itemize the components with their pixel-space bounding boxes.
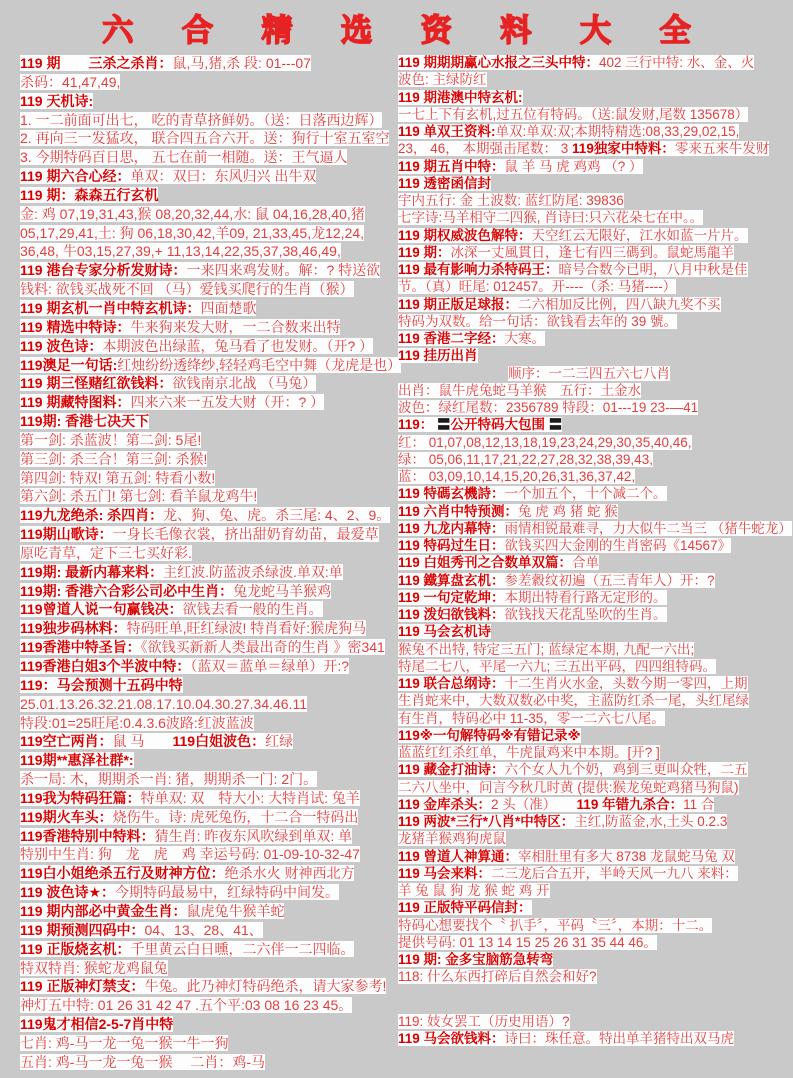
text-line: 119 港台专家分析发财诗：一来四来鸡发财。解：? 特送欲 (20, 261, 396, 280)
text-line: 特别中生肖: 狗 龙 虎 鸡 幸运号码: 01-09-10-32-47 (20, 845, 396, 864)
line-heading: 119： (398, 417, 437, 432)
line-heading: 119 九龙内幕特： (398, 521, 505, 536)
line-text: 红： 01,07,08,12,13,18,19,23,24,29,30,35,4… (398, 435, 692, 450)
text-line: 原吃青草，定下三七买好彩. (20, 544, 396, 563)
text-line: 119 天机诗: (20, 92, 396, 111)
text-line: 119期火车头：烧伤牛。诗: 虎死兔伤，十二合一特码出 (20, 808, 396, 827)
line-heading: 119澳足一句话: (20, 357, 117, 373)
line-heading: 119 挂历出肖 (398, 348, 478, 363)
line-heading: 119 期： (398, 245, 451, 260)
text-line: 119 期港澳中特玄机: (398, 89, 789, 106)
line-text: 欲钱买四大金刚的生肖密码《14567》 (505, 538, 732, 553)
text-line: 绿： 05,06,11,17,21,22,27,28,32,38,39,43, (398, 451, 789, 468)
line-heading: 119 精选中特诗： (20, 319, 130, 335)
line-heading: 119 期港澳中特玄机: (398, 90, 523, 105)
line-text: 牛兔。此乃神灯特码绝杀，请大家参考! (144, 978, 386, 994)
line-text: 出肖：鼠牛虎兔蛇马羊猴 五行：土金水 (398, 383, 641, 398)
line-heading: 119 期内部必中黄金生肖： (20, 903, 186, 919)
line-text: 本期出特看行路无定形的。 (505, 590, 667, 605)
line-heading: 119 天机诗: (20, 93, 93, 109)
text-line: 特尾二七八，平尾一六九; 三五出平码，四四组特码。 (398, 658, 789, 675)
text-line: 119 期六合心经：单双：双曰：东风归兴 出牛双 (20, 167, 396, 186)
text-line: 波色：绿红尾数：2356789 特段：01---19 23-—41 (398, 399, 789, 416)
line-text: 欲钱去看一般的生肖。 (183, 601, 323, 617)
text-line: 七肖: 鸡-马一龙一兔一猴一牛一狗 (20, 1034, 396, 1053)
line-text: （蓝双＝蓝单＝绿单）开:? (190, 658, 349, 674)
line-text: 2 头（准） (491, 797, 577, 812)
line-heading: 119曾道人说一句赢钱决： (20, 601, 183, 617)
line-text: 119: 妓女罢工（历史用语）? (398, 1014, 570, 1029)
line-text: 波色：绿红尾数：2356789 特段：01---19 23-—41 (398, 400, 698, 415)
line-text: 蓝蓝红红杀红单，牛虎鼠鸡来中本期。[开? ] (398, 745, 660, 760)
line-text: 第三剑: 杀三合！第三剑: 杀猴! (20, 451, 207, 467)
text-line: 神灯五中特: 01 26 31 42 47 .五个平:03 08 16 23 4… (20, 996, 396, 1015)
line-text: 第六剑: 杀五门! 第七剑: 看羊鼠龙鸡牛! (20, 488, 257, 504)
text-line: 七字诗:马羊相守二四猴, 肖诗曰:只六花朵七在中。。 (398, 209, 789, 226)
text-line: 119澳足一句话:红烛纷纷透绛纱,轻轻鸡毛空中舞（龙虎是也） (20, 356, 396, 375)
line-heading: 119期山歌诗： (20, 526, 113, 542)
line-heading: 119 期六合心经： (20, 168, 130, 184)
line-text: 今期特码最易中，红绿特码中间发。 (115, 884, 339, 900)
line-text: 鼠 马 (113, 733, 173, 749)
line-text: 兔 虎 鸡 猪 蛇 猴 (518, 504, 618, 519)
line-text: 有生肖，特码必中 11-35，零一二六七八尾。 (398, 711, 665, 726)
line-heading: 119香港中特圣旨： (20, 639, 141, 655)
text-line: 119 正版神灯禁支：牛兔。此乃神灯特码绝杀，请大家参考! (20, 977, 396, 996)
text-line: 119 期三怪赌红欲钱料：欲钱南京北战 （马兔） (20, 374, 396, 393)
line-text: 诗曰：珠任意。特出单羊猪特出双马虎 (505, 1031, 735, 1046)
page-title: 六 合 精 选 资 料 大 全 (82, 5, 710, 50)
text-line: 五肖: 鸡-马一龙一兔一猴 二肖：鸡-马 (20, 1053, 396, 1072)
line-text: 钱料: 欲钱买战死不回 （马）爱钱买爬行的生肖（猴） (20, 281, 354, 297)
line-text: 主红,防蓝金,水,土头 0.2.3 (574, 814, 727, 829)
line-text: 波色: 主绿防红 (398, 72, 487, 87)
line-text: 特双特肖: 猴蛇龙鸡鼠兔 (20, 960, 168, 976)
text-line: 特码心想要找个〝 扒手〞，平码〝三〞，本期：十二。 (398, 917, 789, 934)
text-line: 119 两波*三行*八肖*中特区：主红,防蓝金,水,土头 0.2.3 (398, 813, 789, 830)
text-line: 119 特码过生日：欲钱买四大金刚的生肖密码《14567》 (398, 537, 789, 554)
text-line: 119 马会来料：二三龙后合五开，半岭天风一九八 来料： (398, 865, 789, 882)
right-column: 119 期期期赢心水报之三头中特：402 三行中特: 水、金、火波色: 主绿防红… (396, 54, 789, 1072)
line-text: 暗号合数今已明，八月中秋是佳 (559, 262, 748, 277)
line-text: 七字诗:马羊相守二四猴, 肖诗曰:只六花朵七在中。。 (398, 210, 703, 225)
text-line: 119曾道人说一句赢钱决：欲钱去看一般的生肖。 (20, 600, 396, 619)
line-text: 宇内五行: 金 土波数: 蓝红防尾: 39836 (398, 193, 624, 208)
line-heading: 119 白姐秀刊之合数单双篇： (398, 555, 572, 570)
text-line: 119香港特别中特料：猜生肖: 昨夜东风吹绿到单双: 单 (20, 827, 396, 846)
line-heading: 119 期玄机一肖中特玄机诗： (20, 300, 200, 316)
line-heading: 119空亡两肖： (20, 733, 113, 749)
text-line: 特段:01=25旺尾:0.4.3.6波路:红波蓝波 (20, 714, 396, 733)
line-text: 神灯五中特: 01 26 31 42 47 .五个平:03 08 16 23 4… (20, 997, 352, 1013)
text-line: 119九龙绝杀: 杀四肖：龙、狗、兔、虎。杀三尾: 4、2、9。 (20, 506, 396, 525)
text-line: 119 最有影响力杀特码王：暗号合数今已明，八月中秋是佳 (398, 261, 789, 278)
text-line: 119 泼妇欲钱料：欲钱找天花乱坠吹的生肖。 (398, 606, 789, 623)
line-text: 顺序：一二三四五六七八肖 (508, 366, 670, 381)
line-text: 杀一局: 木，期期杀一肖: 猪，期期杀一门: 2门。 (20, 771, 317, 787)
line-text: 一七上下有玄机,过五位有特码。（送:鼠发财,尾数 135678） (398, 107, 748, 122)
text-line: 119 白姐秀刊之合数单双篇：合单 (398, 554, 789, 571)
line-text: 千里黄云白日曛，二六伴一二四临。 (130, 941, 354, 957)
text-line: 红： 01,07,08,12,13,18,19,23,24,29,30,35,4… (398, 434, 789, 451)
line-heading: 119※一句解特码※有错记录※ (398, 728, 581, 743)
line-text: 402 三行中特: 水、金、火 (599, 55, 754, 70)
text-line: 119 金库杀头：2 头（准） 119 年错九杀合：11 合 (398, 796, 789, 813)
text-line: 3. 今期特码百日思， 五七在前一相随。送：王气逼人 (20, 148, 396, 167)
line-heading: 119 六肖中特预测： (398, 504, 518, 519)
line-text: 36,48, 牛03,15,27,39,+ 11,13,14,22,35,37,… (20, 243, 341, 259)
line-text: 一身长毛像衣裳，挤出甜奶育幼苗，最爱草 (113, 526, 379, 542)
line-text: 欲钱南京北战 （马兔） (172, 375, 316, 391)
text-line: 119独步码林料：特码旺单,旺红绿波! 特肖看好:猴虎狗马 (20, 619, 396, 638)
line-text: 一来四来鸡发财。解：? 特送欲 (186, 262, 380, 278)
line-heading: 119 马会欲钱料： (398, 1031, 505, 1046)
text-line: 119 精选中特诗：牛来狗来发大财，一二合数来出特 (20, 318, 396, 337)
line-text: 原吃青草，定下三七买好彩. (20, 545, 192, 561)
text-line: 蓝： 03,09,10,14,15,20,26,31,36,37,42, (398, 468, 789, 485)
line-heading: 119 期五肖中特： (398, 159, 505, 174)
line-text: 红绿 (265, 733, 293, 749)
text-line: 23， 46， 本期强击尾数： 3 119独家中特料：零来五来牛发财 (398, 140, 789, 157)
text-line: 119 挂历出肖 (398, 347, 789, 364)
line-text: 杀码：41,47,49, (20, 74, 120, 90)
line-text: 特码心想要找个〝 扒手〞，平码〝三〞，本期：十二。 (398, 918, 712, 933)
text-line: 119 鐵算盘玄机：参差縠纹初遍（五三青年人）开：? (398, 572, 789, 589)
line-text: 特码旺单,旺红绿波! 特肖看好:猴虎狗马 (127, 620, 367, 636)
line-text: 二六相加反比例，四八缺九奖不买 (518, 297, 721, 312)
left-column: 119 期 三杀之杀肖：鼠,马,猪,杀 段: 01---07杀码：41,47,4… (20, 54, 396, 1072)
line-heading: 119 期权威波色解特： (398, 228, 532, 243)
text-line: 119 联合总纲诗：十二生肖火水金，头数今期一零四，上期 (398, 675, 789, 692)
line-text: 牛来狗来发大财，一二合数来出特 (130, 319, 340, 335)
text-line: 2. 再向三一发猛攻， 联合四五合六开。送：狗行十室五室空 (20, 129, 396, 148)
text-line: 36,48, 牛03,15,27,39,+ 11,13,14,22,35,37,… (20, 242, 396, 261)
text-line: 119 马会欲钱料：诗曰：珠任意。特出单羊猪特出双马虎 (398, 1030, 789, 1047)
text-line: 119 六肖中特预测：兔 虎 鸡 猪 蛇 猴 (398, 503, 789, 520)
text-line: 出肖：鼠牛虎兔蛇马羊猴 五行：土金水 (398, 382, 789, 399)
line-text: 四来六来一五发大财（开：? ） (130, 394, 324, 410)
text-line: 特双特肖: 猴蛇龙鸡鼠兔 (20, 959, 396, 978)
text-line: 119 特碼玄機詩：一个加五个，十个减二个。 (398, 485, 789, 502)
text-line: 119 波色诗★：今期特码最易中，红绿特码中间发。 (20, 883, 396, 902)
text-line: 119: 妓女罢工（历史用语）? (398, 1013, 789, 1030)
text-line: 杀一局: 木，期期杀一肖: 猪，期期杀一门: 2门。 (20, 770, 396, 789)
line-heading: 119期**惠泽社群*: (20, 752, 134, 768)
text-line: 119香港白姐3个半波中特：（蓝双＝蓝单＝绿单）开:? (20, 657, 396, 676)
text-line: 二六八坐中，问言今秋几时黄 (提供:猴龙兔蛇鸡猪马狗鼠) (398, 779, 789, 796)
line-text: 单双:单双:双;本期特精选:08,33,29,02,15, (496, 124, 740, 139)
line-heading: 119 正版特平码信封： (398, 900, 532, 915)
line-text: 11 合 (683, 797, 714, 812)
text-line: 119 正版烧玄机：千里黄云白日曛，二六伴一二四临。 (20, 940, 396, 959)
line-heading: 119 透密函信封 (398, 176, 491, 191)
text-line: 119 马会玄机诗 (398, 623, 789, 640)
line-heading: 119我为特码狂篇： (20, 790, 141, 806)
line-text: 本期波色出绿蓝，兔马看了也发财。（开? ） (102, 338, 373, 354)
line-heading: 119 期：森森五行玄机 (20, 187, 158, 203)
text-line: 第三剑: 杀三合！第三剑: 杀猴! (20, 450, 396, 469)
text-line: 119 期内部必中黄金生肖：鼠虎兔牛猴羊蛇 (20, 902, 396, 921)
text-line: 生肖蛇来中，大数双数必中奖，主蓝防红杀一尾，头红尾绿 (398, 692, 789, 709)
text-line: 119 期预测四码中：04、13、28、41、 (20, 921, 396, 940)
line-heading: 119 期藏特图料： (20, 394, 130, 410)
line-heading: 119香港特别中特料： (20, 828, 155, 844)
line-text: 宰相肚里有多大 8738 龙鼠蛇马兔 双 (518, 849, 735, 864)
text-line: 有生肖，特码必中 11-35，零一二六七八尾。 (398, 710, 789, 727)
line-text: 二六八坐中，问言今秋几时黄 (提供:猴龙兔蛇鸡猪马狗鼠) (398, 780, 739, 795)
line-text: 龙猪羊猴鸡狗虎鼠 (398, 831, 506, 846)
line-heading: 119 正版神灯禁支： (20, 978, 144, 994)
line-heading: 119 期正版足球报： (398, 297, 518, 312)
line-heading: 119期: 最新内幕来料： (20, 564, 163, 580)
line-heading: 119 单双王资料: (398, 124, 496, 139)
line-text: 六个女人九个奶，鸡到三更叫众牲，二五 (505, 762, 748, 777)
text-line: 119 曾道人神算通：宰相肚里有多大 8738 龙鼠蛇马兔 双 (398, 848, 789, 865)
line-text: 25.01.13.26.32.21.08.17.10.04.30.27.34.4… (20, 696, 307, 712)
line-text: 零来五来牛发财 (675, 141, 770, 156)
text-line: 一七上下有玄机,过五位有特码。（送:鼠发财,尾数 135678） (398, 106, 789, 123)
line-heading: 119 期三怪赌红欲钱料： (20, 375, 172, 391)
line-text: 红烛纷纷透绛纱,轻轻鸡毛空中舞（龙虎是也） (117, 357, 401, 373)
text-line: 118: 什么东西打碎后自然会和好? (398, 968, 789, 985)
line-text: 兔龙蛇马羊猴鸡 (233, 583, 331, 599)
line-text: 特尾二七八，平尾一六九; 三五出平码，四四组特码。 (398, 659, 716, 674)
text-line: 节。（真）旺尾: 012457。开----（杀: 马猪----） (398, 278, 789, 295)
line-text: 特单双: 双 特大小: 大特肖试: 兔羊 (141, 790, 360, 806)
text-line: 119期山歌诗：一身长毛像衣裳，挤出甜奶育幼苗，最爱草 (20, 525, 396, 544)
line-text: 23， 46， 本期强击尾数： 3 (398, 141, 572, 156)
line-heading: 119 特碼玄機詩： (398, 486, 505, 501)
line-text: 二三龙后合五开，半岭天风一九八 来料： (491, 866, 738, 881)
line-text: 金: 鸡 07,19,31,43,猴 08,20,32,44,水: 鼠 04,1… (20, 206, 365, 222)
line-text: 天空红云无限好，江水如蓝一片片。 (532, 228, 748, 243)
text-line: 119 期: 金多宝脑筋急转弯 (398, 951, 789, 968)
line-heading: 119 鐵算盘玄机： (398, 573, 505, 588)
line-text: 3. 今期特码百日思， 五七在前一相随。送：王气逼人 (20, 149, 347, 165)
line-heading: 119 期期期赢心水报之三头中特： (398, 55, 599, 70)
line-text: 绿： 05,06,11,17,21,22,27,28,32,38,39,43, (398, 452, 653, 467)
text-line: 119：马会预测十五码中特 (20, 676, 396, 695)
line-text: 第四剑: 特双! 第五剑: 特看小数! (20, 470, 215, 486)
line-heading: 119香港白姐3个半波中特： (20, 658, 190, 674)
line-heading: 119期: 香港六合彩公司必中生肖： (20, 583, 233, 599)
line-heading: 119 波色诗★： (20, 884, 115, 900)
text-line: 119空亡两肖：鼠 马 119白姐波色：红绿 (20, 732, 396, 751)
line-heading: 119 马会玄机诗 (398, 624, 491, 639)
text-line: 猴兔不出特, 特定三五门; 蓝绿定本期, 九配一六出; (398, 641, 789, 658)
text-line: 119 一句定乾坤：本期出特看行路无定形的。 (398, 589, 789, 606)
content-columns: 119 期 三杀之杀肖：鼠,马,猪,杀 段: 01---07杀码：41,47,4… (0, 54, 793, 1072)
line-text: 生肖蛇来中，大数双数必中奖，主蓝防红杀一尾，头红尾绿 (398, 693, 749, 708)
text-line: 金: 鸡 07,19,31,43,猴 08,20,32,44,水: 鼠 04,1… (20, 205, 396, 224)
line-text: 参差縠纹初遍（五三青年人）开：? (505, 573, 715, 588)
text-line: 119 期 三杀之杀肖：鼠,马,猪,杀 段: 01---07 (20, 54, 396, 73)
line-text: 合单 (572, 555, 599, 570)
text-line: 119 期：冰深一丈風貫日，逢七有四三碼到。鼠蛇馬龍羊 (398, 244, 789, 261)
line-text: 四面楚歌 (200, 300, 256, 316)
line-text: 《欲钱买新新人类最出奇的生肖 》密341 (141, 639, 385, 655)
text-line: 119 期正版足球报：二六相加反比例，四八缺九奖不买 (398, 296, 789, 313)
line-text: 绝杀水火 财神西北方 (225, 865, 355, 881)
text-line: 第六剑: 杀五门! 第七剑: 看羊鼠龙鸡牛! (20, 487, 396, 506)
text-line: 119我为特码狂篇：特单双: 双 特大小: 大特肖试: 兔羊 (20, 789, 396, 808)
line-text: 特码为双数。给一句话：欲钱看去年的 39 號。 (398, 314, 677, 329)
line-heading: 119：马会预测十五码中特 (20, 677, 183, 693)
line-text: 主红波.防蓝波杀绿波.单双:单 (163, 564, 343, 580)
text-line: 119 九龙内幕特：雨情相锐最难寻，力大似牛二当三 （猪牛蛇龙） (398, 520, 789, 537)
text-line: 119： 〓公开特码大包围 〓 (398, 416, 789, 433)
line-text: 欲钱找天花乱坠吹的生肖。 (505, 607, 667, 622)
line-heading: 119白小姐绝杀五行及财神方位： (20, 865, 225, 881)
text-line: 龙猪羊猴鸡狗虎鼠 (398, 830, 789, 847)
line-text: 猴兔不出特, 特定三五门; 蓝绿定本期, 九配一六出; (398, 642, 694, 657)
line-text: 第一剑: 杀蓝波！第二剑: 5尾! (20, 432, 201, 448)
line-heading: 119 金库杀头： (398, 797, 491, 812)
line-text: 特段:01=25旺尾:0.4.3.6波路:红波蓝波 (20, 715, 254, 731)
text-line: 119香港中特圣旨：《欲钱买新新人类最出奇的生肖 》密341 (20, 638, 396, 657)
line-text: 04、13、28、41、 (144, 922, 262, 938)
text-line: 宇内五行: 金 土波数: 蓝红防尾: 39836 (398, 192, 789, 209)
line-text: 龙、狗、兔、虎。杀三尾: 4、2、9。 (163, 507, 390, 523)
line-heading: 119 曾道人神算通： (398, 849, 518, 864)
text-line: 119 藏金打油诗：六个女人九个奶，鸡到三更叫众牲，二五 (398, 761, 789, 778)
line-text: 七肖: 鸡-马一龙一兔一猴一牛一狗 (20, 1035, 228, 1051)
text-line: 119 期藏特图料：四来六来一五发大财（开：? ） (20, 393, 396, 412)
line-text: 提供号码: 01 13 14 15 25 26 31 35 44 46。 (398, 935, 657, 950)
text-line: 杀码：41,47,49, (20, 73, 396, 92)
line-heading: 119 特码过生日： (398, 538, 505, 553)
line-heading: 119九龙绝杀: 杀四肖： (20, 507, 163, 523)
line-heading: 119独步码林料： (20, 620, 127, 636)
text-line: 119 期：森森五行玄机 (20, 186, 396, 205)
text-line: 119 期玄机一肖中特玄机诗：四面楚歌 (20, 299, 396, 318)
line-heading: 119 波色诗： (20, 338, 102, 354)
text-line: 119白小姐绝杀五行及财神方位：绝杀水火 财神西北方 (20, 864, 396, 883)
line-heading: 119 港台专家分析发财诗： (20, 262, 186, 278)
text-line: 25.01.13.26.32.21.08.17.10.04.30.27.34.4… (20, 695, 396, 714)
text-line: 蓝蓝红红杀红单，牛虎鼠鸡来中本期。[开? ] (398, 744, 789, 761)
text-line: 119 香港二字经：大寒。 (398, 330, 789, 347)
line-heading: 119期火车头： (20, 809, 113, 825)
line-text: 118: 什么东西打碎后自然会和好? (398, 969, 597, 984)
line-heading: 119 香港二字经： (398, 331, 505, 346)
lottery-tips-sheet: 六 合 精 选 资 料 大 全 119 期 三杀之杀肖：鼠,马,猪,杀 段: 0… (0, 0, 793, 1078)
line-text: 五肖: 鸡-马一龙一兔一猴 二肖：鸡-马 (20, 1054, 265, 1070)
line-heading: 119期: 香港七决天下 (20, 413, 149, 429)
text-line (398, 999, 789, 1013)
line-heading: 119 两波*三行*八肖*中特区： (398, 814, 574, 829)
bar-glyph: 〓 (437, 417, 451, 432)
line-heading: 119鬼才相信2-5-7肖中特 (20, 1016, 173, 1032)
text-line: 05,17,29,41,土: 狗 06,18,30,42,羊09, 21,33,… (20, 224, 396, 243)
text-line: 119 单双王资料:单双:单双:双;本期特精选:08,33,29,02,15, (398, 123, 789, 140)
text-line: 119期: 香港六合彩公司必中生肖：兔龙蛇马羊猴鸡 (20, 582, 396, 601)
text-line: 羊 兔 鼠 狗 龙 猴 蛇 鸡 开 (398, 882, 789, 899)
text-line: 119 透密函信封 (398, 175, 789, 192)
line-text: 猜生肖: 昨夜东风吹绿到单双: 单 (155, 828, 353, 844)
line-text: 冰深一丈風貫日，逢七有四三碼到。鼠蛇馬龍羊 (451, 245, 735, 260)
line-text: 节。（真）旺尾: 012457。开----（杀: 马猪----） (398, 279, 676, 294)
line-text: 十二生肖火水金，头数今期一零四，上期 (505, 676, 748, 691)
bar-glyph: 〓 (549, 417, 563, 432)
line-heading: 119 联合总纲诗： (398, 676, 505, 691)
text-line: 1. 一二前面可出七， 吃的青草挤鲜奶。（送：日落西边辉） (20, 111, 396, 130)
line-text: 单双：双曰：东风归兴 出牛双 (130, 168, 316, 184)
line-text: 羊 兔 鼠 狗 龙 猴 蛇 鸡 开 (398, 883, 550, 898)
line-text: 雨情相锐最难寻，力大似牛二当三 （猪牛蛇龙） (505, 521, 792, 536)
line-heading: 119 年错九杀合： (577, 797, 684, 812)
line-heading: 119独家中特料： (572, 141, 675, 156)
line-heading: 119 最有影响力杀特码王： (398, 262, 559, 277)
line-text: 鼠,马,猪,杀 段: 01---07 (172, 55, 310, 71)
line-heading: 119白姐波色： (172, 733, 265, 749)
line-heading: 119 正版烧玄机： (20, 941, 130, 957)
line-text: 一个加五个，十个减二个。 (505, 486, 667, 501)
text-line (398, 986, 789, 1000)
line-heading: 119 马会来料： (398, 866, 491, 881)
text-line: 119 期权威波色解特：天空红云无限好，江水如蓝一片片。 (398, 227, 789, 244)
line-heading: 119 期: 金多宝脑筋急转弯 (398, 952, 553, 967)
line-heading: 119 期 三杀之杀肖： (20, 55, 172, 71)
line-text: 烧伤牛。诗: 虎死兔伤，十二合一特码出 (113, 809, 359, 825)
line-text: 蓝： 03,09,10,14,15,20,26,31,36,37,42, (398, 469, 635, 484)
text-line: 波色: 主绿防红 (398, 71, 789, 88)
text-line: 119 期期期赢心水报之三头中特：402 三行中特: 水、金、火 (398, 54, 789, 71)
line-heading: 119 泼妇欲钱料： (398, 607, 505, 622)
line-text: 特别中生肖: 狗 龙 虎 鸡 幸运号码: 01-09-10-32-47 (20, 846, 360, 862)
text-line: 第四剑: 特双! 第五剑: 特看小数! (20, 469, 396, 488)
text-line: 119鬼才相信2-5-7肖中特 (20, 1015, 396, 1034)
text-line: 特码为双数。给一句话：欲钱看去年的 39 號。 (398, 313, 789, 330)
line-text: 2. 再向三一发猛攻， 联合四五合六开。送：狗行十室五室空 (20, 130, 389, 146)
title-bar: 六 合 精 选 资 料 大 全 (0, 0, 793, 54)
line-heading: 119 一句定乾坤： (398, 590, 505, 605)
line-text: 05,17,29,41,土: 狗 06,18,30,42,羊09, 21,33,… (20, 225, 364, 241)
line-text: 鼠 羊 马 虎 鸡鸡 （? ） (505, 159, 643, 174)
text-line: 119 正版特平码信封： (398, 899, 789, 916)
line-heading: 公开特码大包围 (451, 417, 549, 432)
text-line: 119期: 最新内幕来料：主红波.防蓝波杀绿波.单双:单 (20, 563, 396, 582)
text-line: 钱料: 欲钱买战死不回 （马）爱钱买爬行的生肖（猴） (20, 280, 396, 299)
text-line: 119期**惠泽社群*: (20, 751, 396, 770)
text-line: 119期: 香港七决天下 (20, 412, 396, 431)
line-text: 大寒。 (505, 331, 546, 346)
text-line: 第一剑: 杀蓝波！第二剑: 5尾! (20, 431, 396, 450)
text-line: 提供号码: 01 13 14 15 25 26 31 35 44 46。 (398, 934, 789, 951)
line-text: 鼠虎兔牛猴羊蛇 (186, 903, 284, 919)
text-line: 119 波色诗：本期波色出绿蓝，兔马看了也发财。（开? ） (20, 337, 396, 356)
text-line: 119 期五肖中特：鼠 羊 马 虎 鸡鸡 （? ） (398, 158, 789, 175)
line-text: 1. 一二前面可出七， 吃的青草挤鲜奶。（送：日落西边辉） (20, 112, 382, 128)
line-heading: 119 藏金打油诗： (398, 762, 505, 777)
text-line: 119※一句解特码※有错记录※ (398, 727, 789, 744)
line-heading: 119 期预测四码中： (20, 922, 144, 938)
text-line: 顺序：一二三四五六七八肖 (398, 365, 789, 382)
